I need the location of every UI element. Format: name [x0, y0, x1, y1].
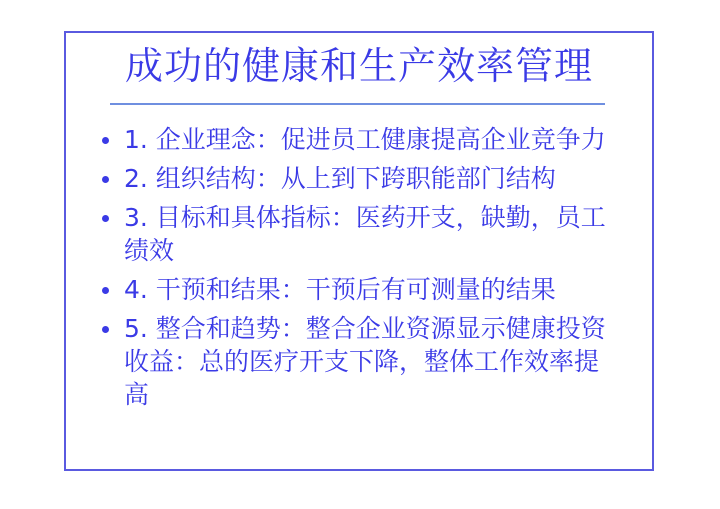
bullet-item-3: 3. 目标和具体指标：医药开支，缺勤，员工绩效: [102, 201, 622, 267]
bullet-item-5: 5. 整合和趋势：整合企业资源显示健康投资收益：总的医疗开支下降，整体工作效率提…: [102, 312, 622, 411]
bullet-item-2: 2. 组织结构：从上到下跨职能部门结构: [102, 162, 622, 195]
bullet-text: 1. 企业理念：促进员工健康提高企业竞争力: [124, 123, 622, 156]
slide-frame: 成功的健康和生产效率管理 1. 企业理念：促进员工健康提高企业竞争力 2. 组织…: [64, 31, 654, 471]
bullet-list: 1. 企业理念：促进员工健康提高企业竞争力 2. 组织结构：从上到下跨职能部门结…: [102, 123, 622, 417]
bullet-text: 5. 整合和趋势：整合企业资源显示健康投资收益：总的医疗开支下降，整体工作效率提…: [124, 312, 622, 411]
bullet-dot-icon: [102, 176, 109, 183]
bullet-text: 2. 组织结构：从上到下跨职能部门结构: [124, 162, 622, 195]
title-divider: [110, 103, 605, 105]
bullet-dot-icon: [102, 215, 109, 222]
slide-title: 成功的健康和生产效率管理: [66, 41, 652, 91]
bullet-text: 4. 干预和结果：干预后有可测量的结果: [124, 273, 622, 306]
bullet-dot-icon: [102, 326, 109, 333]
bullet-text: 3. 目标和具体指标：医药开支，缺勤，员工绩效: [124, 201, 622, 267]
bullet-dot-icon: [102, 137, 109, 144]
bullet-item-4: 4. 干预和结果：干预后有可测量的结果: [102, 273, 622, 306]
bullet-dot-icon: [102, 287, 109, 294]
bullet-item-1: 1. 企业理念：促进员工健康提高企业竞争力: [102, 123, 622, 156]
